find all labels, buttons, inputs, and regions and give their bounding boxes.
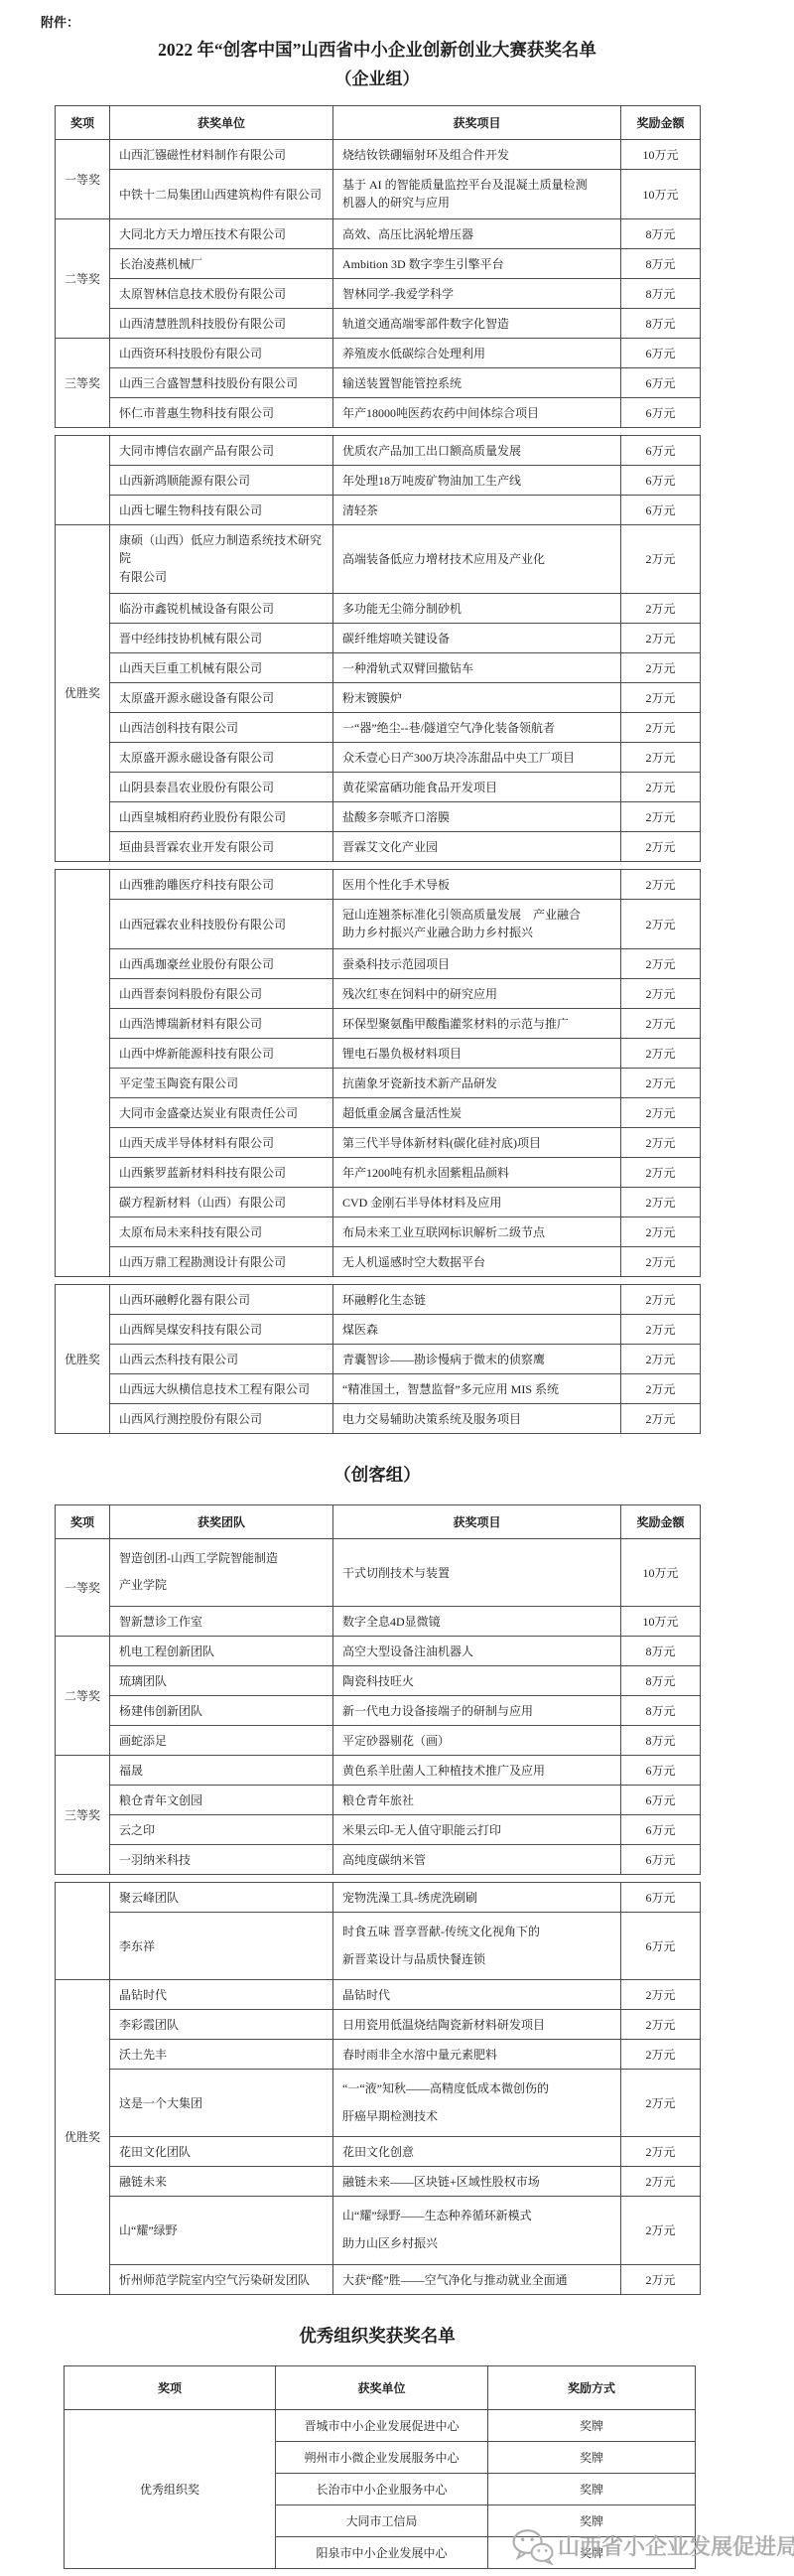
table-row: 大同市金盛豪达炭业有限责任公司超低重金属含量活性炭2万元 [56, 1097, 701, 1127]
amount-cell: 2万元 [621, 742, 701, 772]
amount-cell: 2万元 [621, 1038, 701, 1068]
column-header: 获奖单位 [276, 2365, 488, 2409]
project-cell: 优质农产品加工出口额高质量发展 [333, 435, 621, 465]
project-cell: 高端装备低应力增材技术应用及产业化 [333, 524, 621, 593]
amount-cell: 8万元 [621, 1636, 701, 1665]
team-cell: 山“耀”绿野 [110, 2197, 333, 2264]
team-cell: 忻州师范学院室内空气污染研发团队 [110, 2264, 333, 2294]
table-row: 花田文化团队花田文化创意2万元 [56, 2137, 701, 2167]
project-cell: 众禾壹心日产300万块冷冻甜品中央工厂项目 [333, 742, 621, 772]
amount-cell: 10万元 [621, 169, 701, 218]
award-method-cell: 奖牌 [488, 2441, 696, 2473]
table-row: 平定莹玉陶瓷有限公司抗菌象牙瓷新技术新产品研发2万元 [56, 1068, 701, 1097]
award-label-cell [56, 435, 110, 524]
enterprise-group-subtitle: （企业组） [55, 65, 700, 89]
unit-cell: 大同市金盛豪达炭业有限责任公司 [110, 1097, 333, 1127]
amount-cell: 2万元 [621, 1246, 701, 1276]
table-row: 晋中经纬技协机械有限公司碳纤维熔喷关键设备2万元 [56, 623, 701, 652]
project-cell: 烧结钕铁硼辐射环及组合件开发 [333, 139, 621, 169]
project-cell: 医用个性化手术导板 [333, 869, 621, 899]
amount-cell: 8万元 [621, 308, 701, 338]
project-cell: 米果云印-无人值守职能云打印 [333, 1814, 621, 1844]
amount-cell: 2万元 [621, 1157, 701, 1187]
project-cell: 输送装置智能管控系统 [333, 367, 621, 397]
unit-cell: 山西万鼎工程勘测设计有限公司 [110, 1246, 333, 1276]
unit-cell: 山西天巨重工机械有限公司 [110, 652, 333, 682]
unit-cell: 山西辉昊煤安科技有限公司 [110, 1314, 333, 1344]
project-cell: 山“耀”绿野——生态种养循环新模式 助力山区乡村振兴 [333, 2197, 621, 2264]
amount-cell: 2万元 [621, 2040, 701, 2070]
table-row: 山西禹珈豪丝业股份有限公司蚕桑科技示范园项目2万元 [56, 948, 701, 978]
team-cell: 沃土先丰 [110, 2040, 333, 2070]
amount-cell: 2万元 [621, 2264, 701, 2294]
amount-cell: 8万元 [621, 218, 701, 248]
amount-cell: 8万元 [621, 248, 701, 278]
project-cell: 黄色系羊肚菌人工种植技术推广及应用 [333, 1755, 621, 1785]
project-cell: 平定砂器剔花（画） [333, 1725, 621, 1755]
project-cell: 一种滑轨式双臂回撤钻车 [333, 652, 621, 682]
project-cell: 盐酸多奈哌齐口溶膜 [333, 801, 621, 831]
column-header: 奖项 [65, 2365, 276, 2409]
amount-cell: 2万元 [621, 2010, 701, 2040]
amount-cell: 6万元 [621, 1814, 701, 1844]
amount-cell: 6万元 [621, 495, 701, 524]
amount-cell: 2万元 [621, 1373, 701, 1403]
amount-cell: 2万元 [621, 2167, 701, 2197]
project-cell: 轨道交通高端零部件数字化智造 [333, 308, 621, 338]
column-header: 奖励金额 [621, 105, 701, 139]
project-cell: 高效、高压比涡轮增压器 [333, 218, 621, 248]
unit-cell: 太原盛开源永磁设备有限公司 [110, 682, 333, 712]
project-cell: 智林同学-我爱学科学 [333, 278, 621, 308]
table-row: 琉璃团队陶瓷科技旺火8万元 [56, 1665, 701, 1695]
table-row: 太原盛开源永磁设备有限公司众禾壹心日产300万块冷冻甜品中央工厂项目2万元 [56, 742, 701, 772]
amount-cell: 6万元 [621, 367, 701, 397]
unit-cell: 山西浩博瑞新材料有限公司 [110, 1008, 333, 1038]
team-cell: 智新慧诊工作室 [110, 1606, 333, 1636]
enterprise-tables-segment-1: 奖项获奖单位获奖项目奖励金额一等奖山西汇镪磁性材料制作有限公司烧结钕铁硼辐射环及… [55, 105, 701, 428]
table-row: 临汾市鑫锐机械设备有限公司多功能无尘筛分制砂机2万元 [56, 593, 701, 623]
project-cell: 布局未来工业互联网标识解析二级节点 [333, 1216, 621, 1246]
amount-cell: 2万元 [621, 1344, 701, 1373]
table-row: 山西中烨新能源科技有限公司锂电石墨负极材料项目2万元 [56, 1038, 701, 1068]
project-cell: 一“器”绝尘--巷/隧道空气净化装备领航者 [333, 712, 621, 742]
table-row: 大同市博信农副产品有限公司优质农产品加工出口额高质量发展6万元 [56, 435, 701, 465]
table-row: 粮仓青年文创园粮仓青年旅社6万元 [56, 1785, 701, 1814]
unit-cell: 山西中烨新能源科技有限公司 [110, 1038, 333, 1068]
unit-cell: 垣曲县晋霖农业开发有限公司 [110, 831, 333, 861]
table-row: 长治凌燕机械厂Ambition 3D 数字孪生引擎平台8万元 [56, 248, 701, 278]
project-cell: 多功能无尘筛分制砂机 [333, 593, 621, 623]
table-row: 这是一个大集团“一“液”知秋——高精度低成本微创伤的 肝癌早期检测技术2万元 [56, 2070, 701, 2137]
award-method-cell: 奖牌 [488, 2409, 696, 2441]
table-row: 山西洁创科技有限公司一“器”绝尘--巷/隧道空气净化装备领航者2万元 [56, 712, 701, 742]
team-cell: 杨建伟创新团队 [110, 1695, 333, 1725]
project-cell: 春时雨非全水溶中量元素肥料 [333, 2040, 621, 2070]
maker-tables-segment-2: 聚云峰团队宠物洗澡工具-绣虎洗刷刷6万元李东祥时食五味 晋享晋献-传统文化视角下… [55, 1882, 701, 2295]
amount-cell: 2万元 [621, 1008, 701, 1038]
team-cell: 晶钻时代 [110, 1980, 333, 2010]
amount-cell: 2万元 [621, 869, 701, 899]
column-header: 奖励方式 [488, 2365, 696, 2409]
award-method-cell: 奖牌 [488, 2536, 696, 2568]
project-cell: 基于 AI 的智能质量监控平台及混凝土质量检测 机器人的研究与应用 [333, 169, 621, 218]
amount-cell: 2万元 [621, 772, 701, 801]
enterprise-tables-segment-3: 山西雅韵雕医疗科技有限公司医用个性化手术导板2万元山西冠霖农业科技股份有限公司冠… [55, 869, 701, 1277]
project-cell: 宠物洗澡工具-绣虎洗刷刷 [333, 1882, 621, 1912]
amount-cell: 2万元 [621, 623, 701, 652]
amount-cell: 2万元 [621, 1314, 701, 1344]
header-row: 奖项获奖单位获奖项目奖励金额 [56, 105, 701, 139]
project-cell: 残次红枣在饲料中的研究应用 [333, 978, 621, 1008]
project-cell: 锂电石墨负极材料项目 [333, 1038, 621, 1068]
table-row: 融链未来融链未来——区块链+区域性股权市场2万元 [56, 2167, 701, 2197]
unit-cell: 山西三合盛智慧科技股份有限公司 [110, 367, 333, 397]
team-cell: 李彩霞团队 [110, 2010, 333, 2040]
table-row: 山西远大纵横信息技术工程有限公司“精准国土，智慧监督”多元应用 MIS 系统2万… [56, 1373, 701, 1403]
unit-cell: 山西晋泰饲料股份有限公司 [110, 978, 333, 1008]
column-header: 奖励金额 [621, 1504, 701, 1538]
team-cell: 花田文化团队 [110, 2137, 333, 2167]
award-label-cell: 二等奖 [56, 218, 110, 338]
amount-cell: 2万元 [621, 1980, 701, 2010]
unit-cell: 山西天成半导体材料有限公司 [110, 1127, 333, 1157]
table-row: 沃土先丰春时雨非全水溶中量元素肥料2万元 [56, 2040, 701, 2070]
amount-cell: 6万元 [621, 1755, 701, 1785]
table-row: 一羽纳米科技高纯度碳纳米管6万元 [56, 1844, 701, 1874]
unit-cell: 临汾市鑫锐机械设备有限公司 [110, 593, 333, 623]
project-cell: 高空大型设备注油机器人 [333, 1636, 621, 1665]
project-cell: 晋霖艾文化产业园 [333, 831, 621, 861]
unit-cell: 山西雅韵雕医疗科技有限公司 [110, 869, 333, 899]
amount-cell: 2万元 [621, 682, 701, 712]
project-cell: 环融孵化生态链 [333, 1284, 621, 1314]
table-row: 太原盛开源永磁设备有限公司粉末镀膜炉2万元 [56, 682, 701, 712]
table-row: 画蛇添足平定砂器剔花（画）8万元 [56, 1725, 701, 1755]
award-label-cell: 二等奖 [56, 1636, 110, 1755]
amount-cell: 6万元 [621, 338, 701, 367]
award-method-cell: 奖牌 [488, 2504, 696, 2536]
unit-cell: 晋城市中小企业发展促进中心 [276, 2409, 488, 2441]
amount-cell: 6万元 [621, 1844, 701, 1874]
award-method-cell: 奖牌 [488, 2473, 696, 2504]
project-cell: Ambition 3D 数字孪生引擎平台 [333, 248, 621, 278]
project-cell: 数字全息4D显微镜 [333, 1606, 621, 1636]
amount-cell: 2万元 [621, 978, 701, 1008]
project-cell: CVD 金刚石半导体材料及应用 [333, 1187, 621, 1216]
project-cell: 粮仓青年旅社 [333, 1785, 621, 1814]
project-cell: 抗菌象牙瓷新技术新产品研发 [333, 1068, 621, 1097]
team-cell: 聚云峰团队 [110, 1882, 333, 1912]
table-row: 山西万鼎工程勘测设计有限公司无人机遥感时空大数据平台2万元 [56, 1246, 701, 1276]
table-row: 山西紫罗蓝新材料科技有限公司年产1200吨有机永固紫粗品颜料2万元 [56, 1157, 701, 1187]
unit-cell: 山西环融孵化器有限公司 [110, 1284, 333, 1314]
unit-cell: 太原智林信息技术股份有限公司 [110, 278, 333, 308]
project-cell: “一“液”知秋——高精度低成本微创伤的 肝癌早期检测技术 [333, 2070, 621, 2137]
team-cell: 福晟 [110, 1755, 333, 1785]
table-row: 山西云杰科技有限公司青囊智诊——勘诊慢病于微末的侦察鹰2万元 [56, 1344, 701, 1373]
award-label-cell: 优胜奖 [56, 1284, 110, 1433]
amount-cell: 2万元 [621, 2137, 701, 2167]
unit-cell: 长治市中小企业服务中心 [276, 2473, 488, 2504]
column-header: 奖项 [56, 105, 110, 139]
table-row: 碳方程新材料（山西）有限公司CVD 金刚石半导体材料及应用2万元 [56, 1187, 701, 1216]
table-row: 杨建伟创新团队新一代电力设备接端子的研制与应用8万元 [56, 1695, 701, 1725]
amount-cell: 6万元 [621, 397, 701, 427]
table-row: 一等奖智造创团-山西工学院智能制造 产业学院干式切削技术与装置10万元 [56, 1538, 701, 1606]
team-cell: 粮仓青年文创园 [110, 1785, 333, 1814]
amount-cell: 2万元 [621, 899, 701, 948]
document-page: 附件： 2022 年“创客中国”山西省中小企业创新创业大赛获奖名单 （企业组） … [0, 0, 794, 2569]
unit-cell: 阳泉市中小企业发展中心 [276, 2536, 488, 2568]
table-row: 忻州师范学院室内空气污染研发团队大获“醛”胜——空气净化与推动就业全面通2万元 [56, 2264, 701, 2294]
attachment-label: 附件： [41, 12, 794, 31]
amount-cell: 2万元 [621, 652, 701, 682]
table-row: 聚云峰团队宠物洗澡工具-绣虎洗刷刷6万元 [56, 1882, 701, 1912]
table-row: 李东祥时食五味 晋享晋献-传统文化视角下的 新晋菜设计与品质快餐连锁6万元 [56, 1912, 701, 1979]
header-row: 奖项获奖单位奖励方式 [65, 2365, 696, 2409]
unit-cell: 山阴县泰昌农业股份有限公司 [110, 772, 333, 801]
unit-cell: 太原布局未来科技有限公司 [110, 1216, 333, 1246]
unit-cell: 大同北方天力增压技术有限公司 [110, 218, 333, 248]
table-row: 优胜奖山西环融孵化器有限公司环融孵化生态链2万元 [56, 1284, 701, 1314]
project-cell: 大获“醛”胜——空气净化与推动就业全面通 [333, 2264, 621, 2294]
team-cell: 一羽纳米科技 [110, 1844, 333, 1874]
amount-cell: 2万元 [621, 831, 701, 861]
unit-cell: 山西禹珈豪丝业股份有限公司 [110, 948, 333, 978]
table-row: 三等奖福晟黄色系羊肚菌人工种植技术推广及应用6万元 [56, 1755, 701, 1785]
table-row: 山西浩博瑞新材料有限公司环保型聚氨酯甲酸酯灌浆材料的示范与推广2万元 [56, 1008, 701, 1038]
table-row: 怀仁市普惠生物科技有限公司年产18000吨医药农药中间体综合项目6万元 [56, 397, 701, 427]
table-row: 山西天巨重工机械有限公司一种滑轨式双臂回撤钻车2万元 [56, 652, 701, 682]
table-row: 云之印米果云印-无人值守职能云打印6万元 [56, 1814, 701, 1844]
amount-cell: 2万元 [621, 712, 701, 742]
team-cell: 画蛇添足 [110, 1725, 333, 1755]
enterprise-tables-segment-4: 优胜奖山西环融孵化器有限公司环融孵化生态链2万元山西辉昊煤安科技有限公司煤医森2… [55, 1284, 701, 1434]
award-label-cell: 优胜奖 [56, 524, 110, 861]
project-cell: 日用瓷用低温烧结陶瓷新材料研发项目 [333, 2010, 621, 2040]
table-row: 智新慧诊工作室数字全息4D显微镜10万元 [56, 1606, 701, 1636]
unit-cell: 大同市工信局 [276, 2504, 488, 2536]
org-table-segment-1: 奖项获奖单位奖励方式优秀组织奖晋城市中小企业发展促进中心奖牌朔州市小微企业发展服… [64, 2365, 696, 2569]
amount-cell: 8万元 [621, 1665, 701, 1695]
table-row: 山西冠霖农业科技股份有限公司冠山连翘茶标准化引领高质量发展 产业融合 助力乡村振… [56, 899, 701, 948]
project-cell: 年产1200吨有机永固紫粗品颜料 [333, 1157, 621, 1187]
table-row: 垣曲县晋霖农业开发有限公司晋霖艾文化产业园2万元 [56, 831, 701, 861]
enterprise-tables-segment-2: 大同市博信农副产品有限公司优质农产品加工出口额高质量发展6万元山西新鸿顺能源有限… [55, 435, 701, 862]
amount-cell: 2万元 [621, 2070, 701, 2137]
amount-cell: 2万元 [621, 1187, 701, 1216]
maker-group-tables: 奖项获奖团队获奖项目奖励金额一等奖智造创团-山西工学院智能制造 产业学院干式切削… [55, 1504, 794, 2295]
award-label-cell: 一等奖 [56, 139, 110, 218]
table-row: 中铁十二局集团山西建筑构件有限公司基于 AI 的智能质量监控平台及混凝土质量检测… [56, 169, 701, 218]
page-title: 2022 年“创客中国”山西省中小企业创新创业大赛获奖名单 [55, 39, 700, 63]
award-label-cell [56, 869, 110, 1276]
team-cell: 这是一个大集团 [110, 2070, 333, 2137]
amount-cell: 2万元 [621, 1127, 701, 1157]
project-cell: 融链未来——区块链+区域性股权市场 [333, 2167, 621, 2197]
unit-cell: 碳方程新材料（山西）有限公司 [110, 1187, 333, 1216]
table-row: 山西皇城相府药业股份有限公司盐酸多奈哌齐口溶膜2万元 [56, 801, 701, 831]
amount-cell: 2万元 [621, 2197, 701, 2264]
unit-cell: 康硕（山西）低应力制造系统技术研究院 有限公司 [110, 524, 333, 593]
table-row: 二等奖大同北方天力增压技术有限公司高效、高压比涡轮增压器8万元 [56, 218, 701, 248]
amount-cell: 6万元 [621, 465, 701, 495]
header-row: 奖项获奖团队获奖项目奖励金额 [56, 1504, 701, 1538]
unit-cell: 山西云杰科技有限公司 [110, 1344, 333, 1373]
amount-cell: 8万元 [621, 1695, 701, 1725]
amount-cell: 2万元 [621, 1068, 701, 1097]
unit-cell: 山西风行测控股份有限公司 [110, 1403, 333, 1433]
project-cell: 年处理18万吨废矿物油加工生产线 [333, 465, 621, 495]
table-row: 三等奖山西资环科技股份有限公司养殖废水低碳综合处理利用6万元 [56, 338, 701, 367]
enterprise-group-tables: 奖项获奖单位获奖项目奖励金额一等奖山西汇镪磁性材料制作有限公司烧结钕铁硼辐射环及… [55, 105, 794, 1434]
amount-cell: 2万元 [621, 801, 701, 831]
project-cell: 碳纤维熔喷关键设备 [333, 623, 621, 652]
amount-cell: 2万元 [621, 1284, 701, 1314]
column-header: 获奖项目 [333, 1504, 621, 1538]
unit-cell: 山西清慧胜凯科技股份有限公司 [110, 308, 333, 338]
unit-cell: 山西冠霖农业科技股份有限公司 [110, 899, 333, 948]
table-row: 山西三合盛智慧科技股份有限公司输送装置智能管控系统6万元 [56, 367, 701, 397]
table-row: 山西新鸿顺能源有限公司年处理18万吨废矿物油加工生产线6万元 [56, 465, 701, 495]
project-cell: 黄花梁富硒功能食品开发项目 [333, 772, 621, 801]
table-row: 山西雅韵雕医疗科技有限公司医用个性化手术导板2万元 [56, 869, 701, 899]
team-cell: 机电工程创新团队 [110, 1636, 333, 1665]
amount-cell: 6万元 [621, 1912, 701, 1979]
column-header: 获奖单位 [110, 105, 333, 139]
amount-cell: 10万元 [621, 139, 701, 169]
award-label-cell: 三等奖 [56, 1755, 110, 1874]
table-row: 太原智林信息技术股份有限公司智林同学-我爱学科学8万元 [56, 278, 701, 308]
unit-cell: 平定莹玉陶瓷有限公司 [110, 1068, 333, 1097]
project-cell: 养殖废水低碳综合处理利用 [333, 338, 621, 367]
award-label-cell: 一等奖 [56, 1538, 110, 1636]
project-cell: 无人机遥感时空大数据平台 [333, 1246, 621, 1276]
team-cell: 融链未来 [110, 2167, 333, 2197]
table-row: 李彩霞团队日用瓷用低温烧结陶瓷新材料研发项目2万元 [56, 2010, 701, 2040]
unit-cell: 山西七曜生物科技有限公司 [110, 495, 333, 524]
amount-cell: 2万元 [621, 593, 701, 623]
unit-cell: 山西汇镪磁性材料制作有限公司 [110, 139, 333, 169]
project-cell: 青囊智诊——勘诊慢病于微末的侦察鹰 [333, 1344, 621, 1373]
amount-cell: 2万元 [621, 1097, 701, 1127]
project-cell: 冠山连翘茶标准化引领高质量发展 产业融合 助力乡村振兴产业融合助力乡村振兴 [333, 899, 621, 948]
table-row: 山西晋泰饲料股份有限公司残次红枣在饲料中的研究应用2万元 [56, 978, 701, 1008]
unit-cell: 朔州市小微企业发展服务中心 [276, 2441, 488, 2473]
award-label-cell: 优胜奖 [56, 1980, 110, 2294]
project-cell: 时食五味 晋享晋献-传统文化视角下的 新晋菜设计与品质快餐连锁 [333, 1912, 621, 1979]
amount-cell: 6万元 [621, 435, 701, 465]
table-row: 山西天成半导体材料有限公司第三代半导体新材料(碳化硅衬底)项目2万元 [56, 1127, 701, 1157]
project-cell: 清轻茶 [333, 495, 621, 524]
table-row: 二等奖机电工程创新团队高空大型设备注油机器人8万元 [56, 1636, 701, 1665]
project-cell: 超低重金属含量活性炭 [333, 1097, 621, 1127]
table-row: 一等奖山西汇镪磁性材料制作有限公司烧结钕铁硼辐射环及组合件开发10万元 [56, 139, 701, 169]
org-award-table: 奖项获奖单位奖励方式优秀组织奖晋城市中小企业发展促进中心奖牌朔州市小微企业发展服… [55, 2365, 794, 2569]
project-cell: 煤医森 [333, 1314, 621, 1344]
amount-cell: 10万元 [621, 1538, 701, 1606]
column-header: 获奖项目 [333, 105, 621, 139]
table-row: 山西辉昊煤安科技有限公司煤医森2万元 [56, 1314, 701, 1344]
project-cell: 新一代电力设备接端子的研制与应用 [333, 1695, 621, 1725]
team-cell: 琉璃团队 [110, 1665, 333, 1695]
unit-cell: 山西新鸿顺能源有限公司 [110, 465, 333, 495]
project-cell: 花田文化创意 [333, 2137, 621, 2167]
award-label-cell: 优秀组织奖 [65, 2409, 276, 2568]
table-row: 优胜奖晶钻时代晶钻时代2万元 [56, 1980, 701, 2010]
project-cell: 干式切削技术与装置 [333, 1538, 621, 1606]
amount-cell: 2万元 [621, 948, 701, 978]
org-award-heading: 优秀组织奖获奖名单 [55, 2323, 700, 2348]
table-row: 太原布局未来科技有限公司布局未来工业互联网标识解析二级节点2万元 [56, 1216, 701, 1246]
amount-cell: 8万元 [621, 1725, 701, 1755]
table-row: 山“耀”绿野山“耀”绿野——生态种养循环新模式 助力山区乡村振兴2万元 [56, 2197, 701, 2264]
unit-cell: 长治凌燕机械厂 [110, 248, 333, 278]
project-cell: 晶钻时代 [333, 1980, 621, 2010]
team-cell: 李东祥 [110, 1912, 333, 1979]
unit-cell: 山西洁创科技有限公司 [110, 712, 333, 742]
maker-group-heading: （创客组） [55, 1462, 700, 1487]
award-label-cell: 三等奖 [56, 338, 110, 427]
unit-cell: 山西资环科技股份有限公司 [110, 338, 333, 367]
project-cell: 环保型聚氨酯甲酸酯灌浆材料的示范与推广 [333, 1008, 621, 1038]
project-cell: 年产18000吨医药农药中间体综合项目 [333, 397, 621, 427]
project-cell: 第三代半导体新材料(碳化硅衬底)项目 [333, 1127, 621, 1157]
project-cell: 粉末镀膜炉 [333, 682, 621, 712]
award-label-cell [56, 1882, 110, 1979]
unit-cell: 大同市博信农副产品有限公司 [110, 435, 333, 465]
project-cell: “精准国土，智慧监督”多元应用 MIS 系统 [333, 1373, 621, 1403]
maker-tables-segment-1: 奖项获奖团队获奖项目奖励金额一等奖智造创团-山西工学院智能制造 产业学院干式切削… [55, 1504, 701, 1875]
unit-cell: 太原盛开源永磁设备有限公司 [110, 742, 333, 772]
unit-cell: 晋中经纬技协机械有限公司 [110, 623, 333, 652]
amount-cell: 2万元 [621, 524, 701, 593]
table-row: 优胜奖康硕（山西）低应力制造系统技术研究院 有限公司高端装备低应力增材技术应用及… [56, 524, 701, 593]
table-row: 山西风行测控股份有限公司电力交易辅助决策系统及服务项目2万元 [56, 1403, 701, 1433]
table-row: 山阴县泰昌农业股份有限公司黄花梁富硒功能食品开发项目2万元 [56, 772, 701, 801]
project-cell: 陶瓷科技旺火 [333, 1665, 621, 1695]
team-cell: 智造创团-山西工学院智能制造 产业学院 [110, 1538, 333, 1606]
amount-cell: 6万元 [621, 1785, 701, 1814]
project-cell: 蚕桑科技示范园项目 [333, 948, 621, 978]
table-row: 优秀组织奖晋城市中小企业发展促进中心奖牌 [65, 2409, 696, 2441]
column-header: 奖项 [56, 1504, 110, 1538]
amount-cell: 10万元 [621, 1606, 701, 1636]
unit-cell: 山西远大纵横信息技术工程有限公司 [110, 1373, 333, 1403]
project-cell: 高纯度碳纳米管 [333, 1844, 621, 1874]
amount-cell: 2万元 [621, 1403, 701, 1433]
amount-cell: 6万元 [621, 1882, 701, 1912]
project-cell: 电力交易辅助决策系统及服务项目 [333, 1403, 621, 1433]
column-header: 获奖团队 [110, 1504, 333, 1538]
unit-cell: 山西紫罗蓝新材料科技有限公司 [110, 1157, 333, 1187]
unit-cell: 怀仁市普惠生物科技有限公司 [110, 397, 333, 427]
team-cell: 云之印 [110, 1814, 333, 1844]
unit-cell: 山西皇城相府药业股份有限公司 [110, 801, 333, 831]
table-row: 山西七曜生物科技有限公司清轻茶6万元 [56, 495, 701, 524]
table-row: 山西清慧胜凯科技股份有限公司轨道交通高端零部件数字化智造8万元 [56, 308, 701, 338]
unit-cell: 中铁十二局集团山西建筑构件有限公司 [110, 169, 333, 218]
amount-cell: 2万元 [621, 1216, 701, 1246]
amount-cell: 8万元 [621, 278, 701, 308]
